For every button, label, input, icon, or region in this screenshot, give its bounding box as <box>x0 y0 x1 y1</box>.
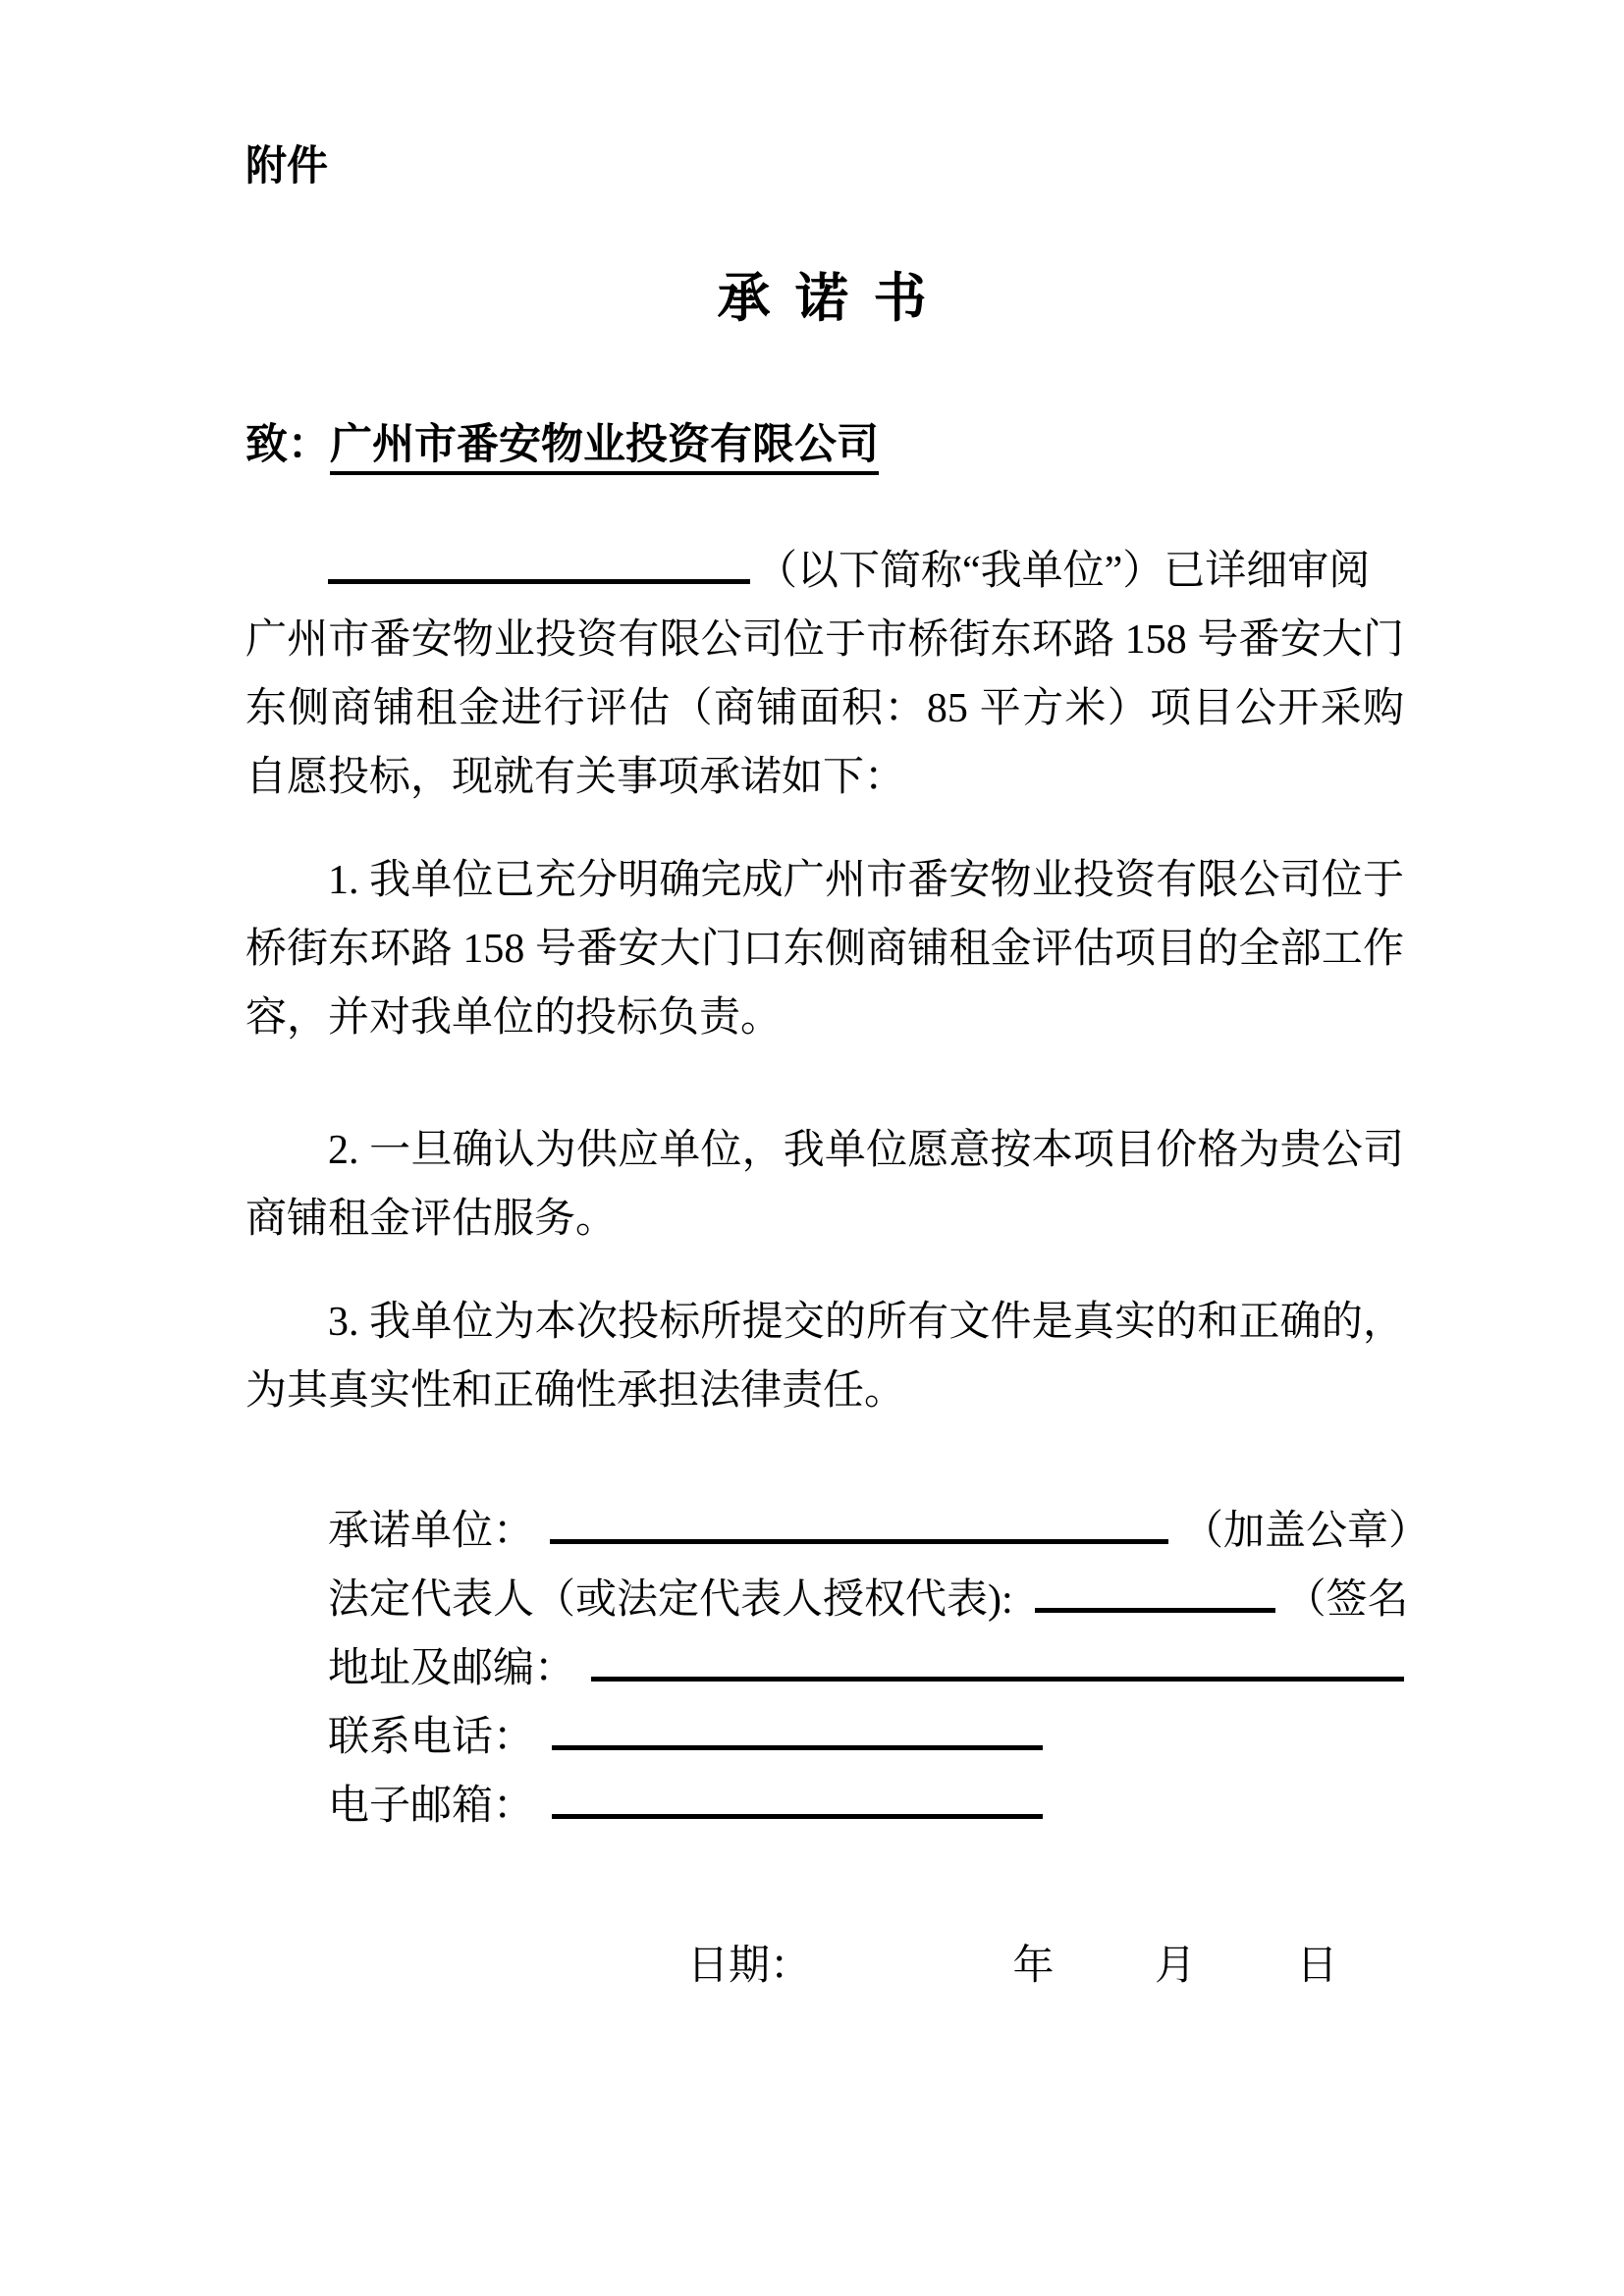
intro-line-4: 自愿投标，现就有关事项承诺如下： <box>245 743 1404 812</box>
commitment-item-3: 3. 我单位为本次投标所提交的所有文件是真实的和正确的，并愿 为其真实性和正确性… <box>245 1288 1404 1425</box>
unit-seal-note: （加盖公章） <box>1182 1509 1404 1554</box>
legal-representative-blank-field[interactable] <box>1035 1608 1275 1613</box>
signature-block: 承诺单位：（加盖公章） 法定代表人（或法定代表人授权代表):（签名） 地址及邮编… <box>245 1497 1404 1841</box>
addressee-label: 致： <box>245 422 330 468</box>
date-year-char: 年 <box>1013 1944 1055 1989</box>
address-row: 地址及邮编： <box>245 1634 1404 1703</box>
item-2-line-2: 商铺租金评估服务。 <box>245 1185 1404 1254</box>
intro-line-2: 广州市番安物业投资有限公司位于市桥街东环路 158 号番安大门口 <box>245 606 1404 674</box>
addressee-line: 致：广州市番安物业投资有限公司 <box>245 416 879 475</box>
email-blank-field[interactable] <box>552 1814 1043 1819</box>
unit-label: 承诺单位： <box>328 1509 534 1554</box>
first-line-indent <box>245 549 328 594</box>
unit-name-blank-field[interactable] <box>550 1539 1168 1544</box>
addressee-company-underlined: 广州市番安物业投资有限公司 <box>330 422 879 475</box>
legal-representative-row: 法定代表人（或法定代表人授权代表):（签名） <box>245 1566 1404 1634</box>
date-month-char: 月 <box>1155 1944 1196 1989</box>
item-2-line-1: 2. 一旦确认为供应单位，我单位愿意按本项目价格为贵公司提供 <box>245 1116 1404 1185</box>
address-blank-field[interactable] <box>591 1677 1404 1682</box>
commitment-item-2: 2. 一旦确认为供应单位，我单位愿意按本项目价格为贵公司提供 商铺租金评估服务。 <box>245 1116 1404 1254</box>
item-1-line-3: 容，并对我单位的投标负责。 <box>245 984 1404 1052</box>
intro-paragraph: （以下简称“我单位”）已详细审阅了 广州市番安物业投资有限公司位于市桥街东环路 … <box>245 537 1404 812</box>
bidder-name-blank-field[interactable] <box>328 579 750 584</box>
document-page: 附件 承 诺 书 致：广州市番安物业投资有限公司 （以下简称“我单位”）已详细审… <box>0 0 1624 2296</box>
signature-note: （签名） <box>1285 1577 1404 1623</box>
document-title: 承 诺 书 <box>245 267 1404 331</box>
date-day-char: 日 <box>1297 1944 1338 1989</box>
date-label: 日期： <box>687 1944 811 1989</box>
legal-representative-label: 法定代表人（或法定代表人授权代表): <box>328 1577 1013 1623</box>
item-1-line-1: 1. 我单位已充分明确完成广州市番安物业投资有限公司位于市 <box>245 846 1404 915</box>
date-line: 日期： 年 月 日 <box>245 1932 1404 2001</box>
address-label: 地址及邮编： <box>328 1646 575 1691</box>
intro-line-3: 东侧商铺租金进行评估（商铺面积：85 平方米）项目公开采购信息， <box>245 674 1404 743</box>
unit-row: 承诺单位：（加盖公章） <box>245 1497 1404 1566</box>
attachment-label: 附件 <box>245 145 328 187</box>
item-1-line-2: 桥街东环路 158 号番安大门口东侧商铺租金评估项目的全部工作内 <box>245 915 1404 984</box>
phone-row: 联系电话： <box>245 1703 1404 1772</box>
item-3-line-2: 为其真实性和正确性承担法律责任。 <box>245 1357 1404 1425</box>
intro-line-1: （以下简称“我单位”）已详细审阅了 <box>245 537 1404 606</box>
phone-label: 联系电话： <box>328 1715 534 1760</box>
phone-blank-field[interactable] <box>552 1745 1043 1750</box>
email-row: 电子邮箱： <box>245 1772 1404 1841</box>
intro-line-1-text: （以下简称“我单位”）已详细审阅了 <box>245 549 1370 606</box>
commitment-item-1: 1. 我单位已充分明确完成广州市番安物业投资有限公司位于市 桥街东环路 158 … <box>245 846 1404 1052</box>
item-3-line-1: 3. 我单位为本次投标所提交的所有文件是真实的和正确的，并愿 <box>245 1288 1404 1357</box>
email-label: 电子邮箱： <box>328 1784 534 1829</box>
